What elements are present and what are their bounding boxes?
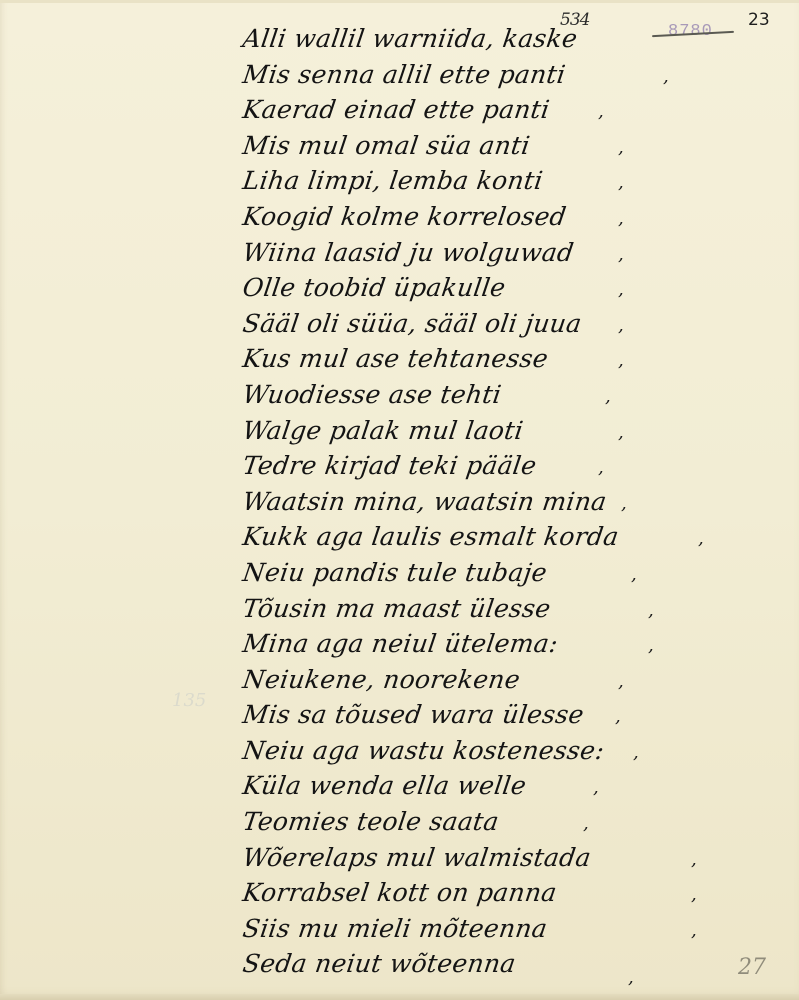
verse-line: Walge palak mul laoti, — [243, 414, 723, 450]
pencil-page-number: 27 — [738, 955, 766, 980]
verse-line: Küla wenda ella welle, — [243, 769, 723, 805]
verse-line: Mis sa tõused wara ülesse, — [243, 698, 723, 734]
verse-line: Korrabsel kott on panna, — [243, 876, 723, 912]
paper-edge-bottom — [0, 994, 799, 1000]
ditto-mark: , — [618, 172, 624, 193]
verse-text: Korrabsel kott on panna — [241, 878, 559, 907]
verse-line: Sääl oli süüa, sääl oli juua, — [243, 307, 723, 343]
verse-text: Neiu pandis tule tubaje — [241, 558, 549, 587]
ditto-mark: , — [615, 706, 621, 727]
verse-line: Teomies teole saata, — [243, 805, 723, 841]
verse-line: Kaerad einad ette panti, — [243, 93, 723, 129]
verse-text: Kukk aga laulis esmalt korda — [241, 522, 621, 551]
verse-text: Walge palak mul laoti — [241, 416, 525, 445]
ditto-mark: , — [605, 386, 611, 407]
verse-line: Mina aga neiul ütelema:, — [243, 627, 723, 663]
verse-line: Siis mu mieli mõteenna, — [243, 912, 723, 948]
verse-text: Sääl oli süüa, sääl oli juua — [241, 309, 584, 338]
verse-line: Neiu aga wastu kostenesse:, — [243, 734, 723, 770]
verse-text: Tedre kirjad teki pääle — [241, 451, 538, 480]
verse-line: Wuodiesse ase tehti, — [243, 378, 723, 414]
verse-text: Neiu aga wastu kostenesse: — [241, 736, 606, 765]
verse-text: Liha limpi, lemba konti — [241, 166, 545, 195]
verse-text: Mis senna allil ette panti — [241, 60, 567, 89]
verse-text: Mis mul omal süa anti — [241, 131, 532, 160]
ditto-mark: , — [621, 493, 627, 514]
ditto-mark: , — [633, 742, 639, 763]
verse-line: Wõerelaps mul walmistada, — [243, 841, 723, 877]
verse-text: Waatsin mina, waatsin mina — [241, 487, 609, 516]
ditto-mark: , — [618, 422, 624, 443]
ditto-mark: , — [598, 457, 604, 478]
verse-text: Alli wallil warniida, kaske — [241, 24, 579, 53]
verse-line: Wiina laasid ju wolguwad, — [243, 236, 723, 272]
verse-line: Waatsin mina, waatsin mina, — [243, 485, 723, 521]
show-through-number: 135 — [172, 690, 206, 711]
verse-text: Wuodiesse ase tehti — [241, 380, 503, 409]
verse-line: Mis senna allil ette panti, — [243, 58, 723, 94]
verse-line: Kukk aga laulis esmalt korda, — [243, 520, 723, 556]
ditto-mark: , — [663, 66, 669, 87]
ditto-mark: , — [618, 208, 624, 229]
verse-text: Koogid kolme korrelosed — [241, 202, 568, 231]
verse-text: Neiukene, noorekene — [241, 665, 522, 694]
verse-text: Mina aga neiul ütelema: — [241, 629, 560, 658]
verse-line: Seda neiut wõteenna, — [243, 947, 723, 983]
verse-text: Wõerelaps mul walmistada — [241, 843, 593, 872]
ditto-mark: , — [691, 884, 697, 905]
verse-line: Alli wallil warniida, kaske — [243, 22, 723, 58]
ditto-mark: , — [628, 967, 634, 988]
manuscript-page: 534 8780 23 135 27 Alli wallil warniida,… — [0, 0, 799, 1000]
ditto-mark: , — [631, 564, 637, 585]
verse-text: Kus mul ase tehtanesse — [241, 344, 550, 373]
verse-text: Mis sa tõused wara ülesse — [241, 700, 586, 729]
ditto-mark: , — [691, 849, 697, 870]
page-number: 23 — [748, 10, 770, 30]
verse-line: Kus mul ase tehtanesse, — [243, 342, 723, 378]
verse-text: Kaerad einad ette panti — [241, 95, 552, 124]
verse-line: Koogid kolme korrelosed, — [243, 200, 723, 236]
verse-line: Mis mul omal süa anti, — [243, 129, 723, 165]
ditto-mark: , — [618, 315, 624, 336]
ditto-mark: , — [618, 244, 624, 265]
ditto-mark: , — [593, 777, 599, 798]
verse-lines: Alli wallil warniida, kaske Mis senna al… — [243, 22, 723, 983]
verse-line: Neiu pandis tule tubaje, — [243, 556, 723, 592]
ditto-mark: , — [618, 137, 624, 158]
verse-line: Tedre kirjad teki pääle, — [243, 449, 723, 485]
verse-text: Olle toobid üpakulle — [241, 273, 507, 302]
verse-text: Wiina laasid ju wolguwad — [241, 238, 576, 267]
verse-text: Tõusin ma maast ülesse — [241, 594, 553, 623]
ditto-mark: , — [648, 635, 654, 656]
verse-line: Neiukene, noorekene, — [243, 663, 723, 699]
ditto-mark: , — [698, 528, 704, 549]
ditto-mark: , — [618, 671, 624, 692]
verse-text: Seda neiut wõteenna — [241, 949, 518, 978]
ditto-mark: , — [691, 920, 697, 941]
verse-line: Olle toobid üpakulle, — [243, 271, 723, 307]
verse-line: Tõusin ma maast ülesse, — [243, 592, 723, 628]
ditto-mark: , — [618, 350, 624, 371]
ditto-mark: , — [648, 600, 654, 621]
verse-text: Teomies teole saata — [241, 807, 501, 836]
ditto-mark: , — [583, 813, 589, 834]
verse-line: Liha limpi, lemba konti, — [243, 164, 723, 200]
verse-text: Siis mu mieli mõteenna — [241, 914, 549, 943]
ditto-mark: , — [618, 279, 624, 300]
ditto-mark: , — [598, 101, 604, 122]
paper-edge-top — [0, 0, 799, 3]
verse-text: Küla wenda ella welle — [241, 771, 528, 800]
